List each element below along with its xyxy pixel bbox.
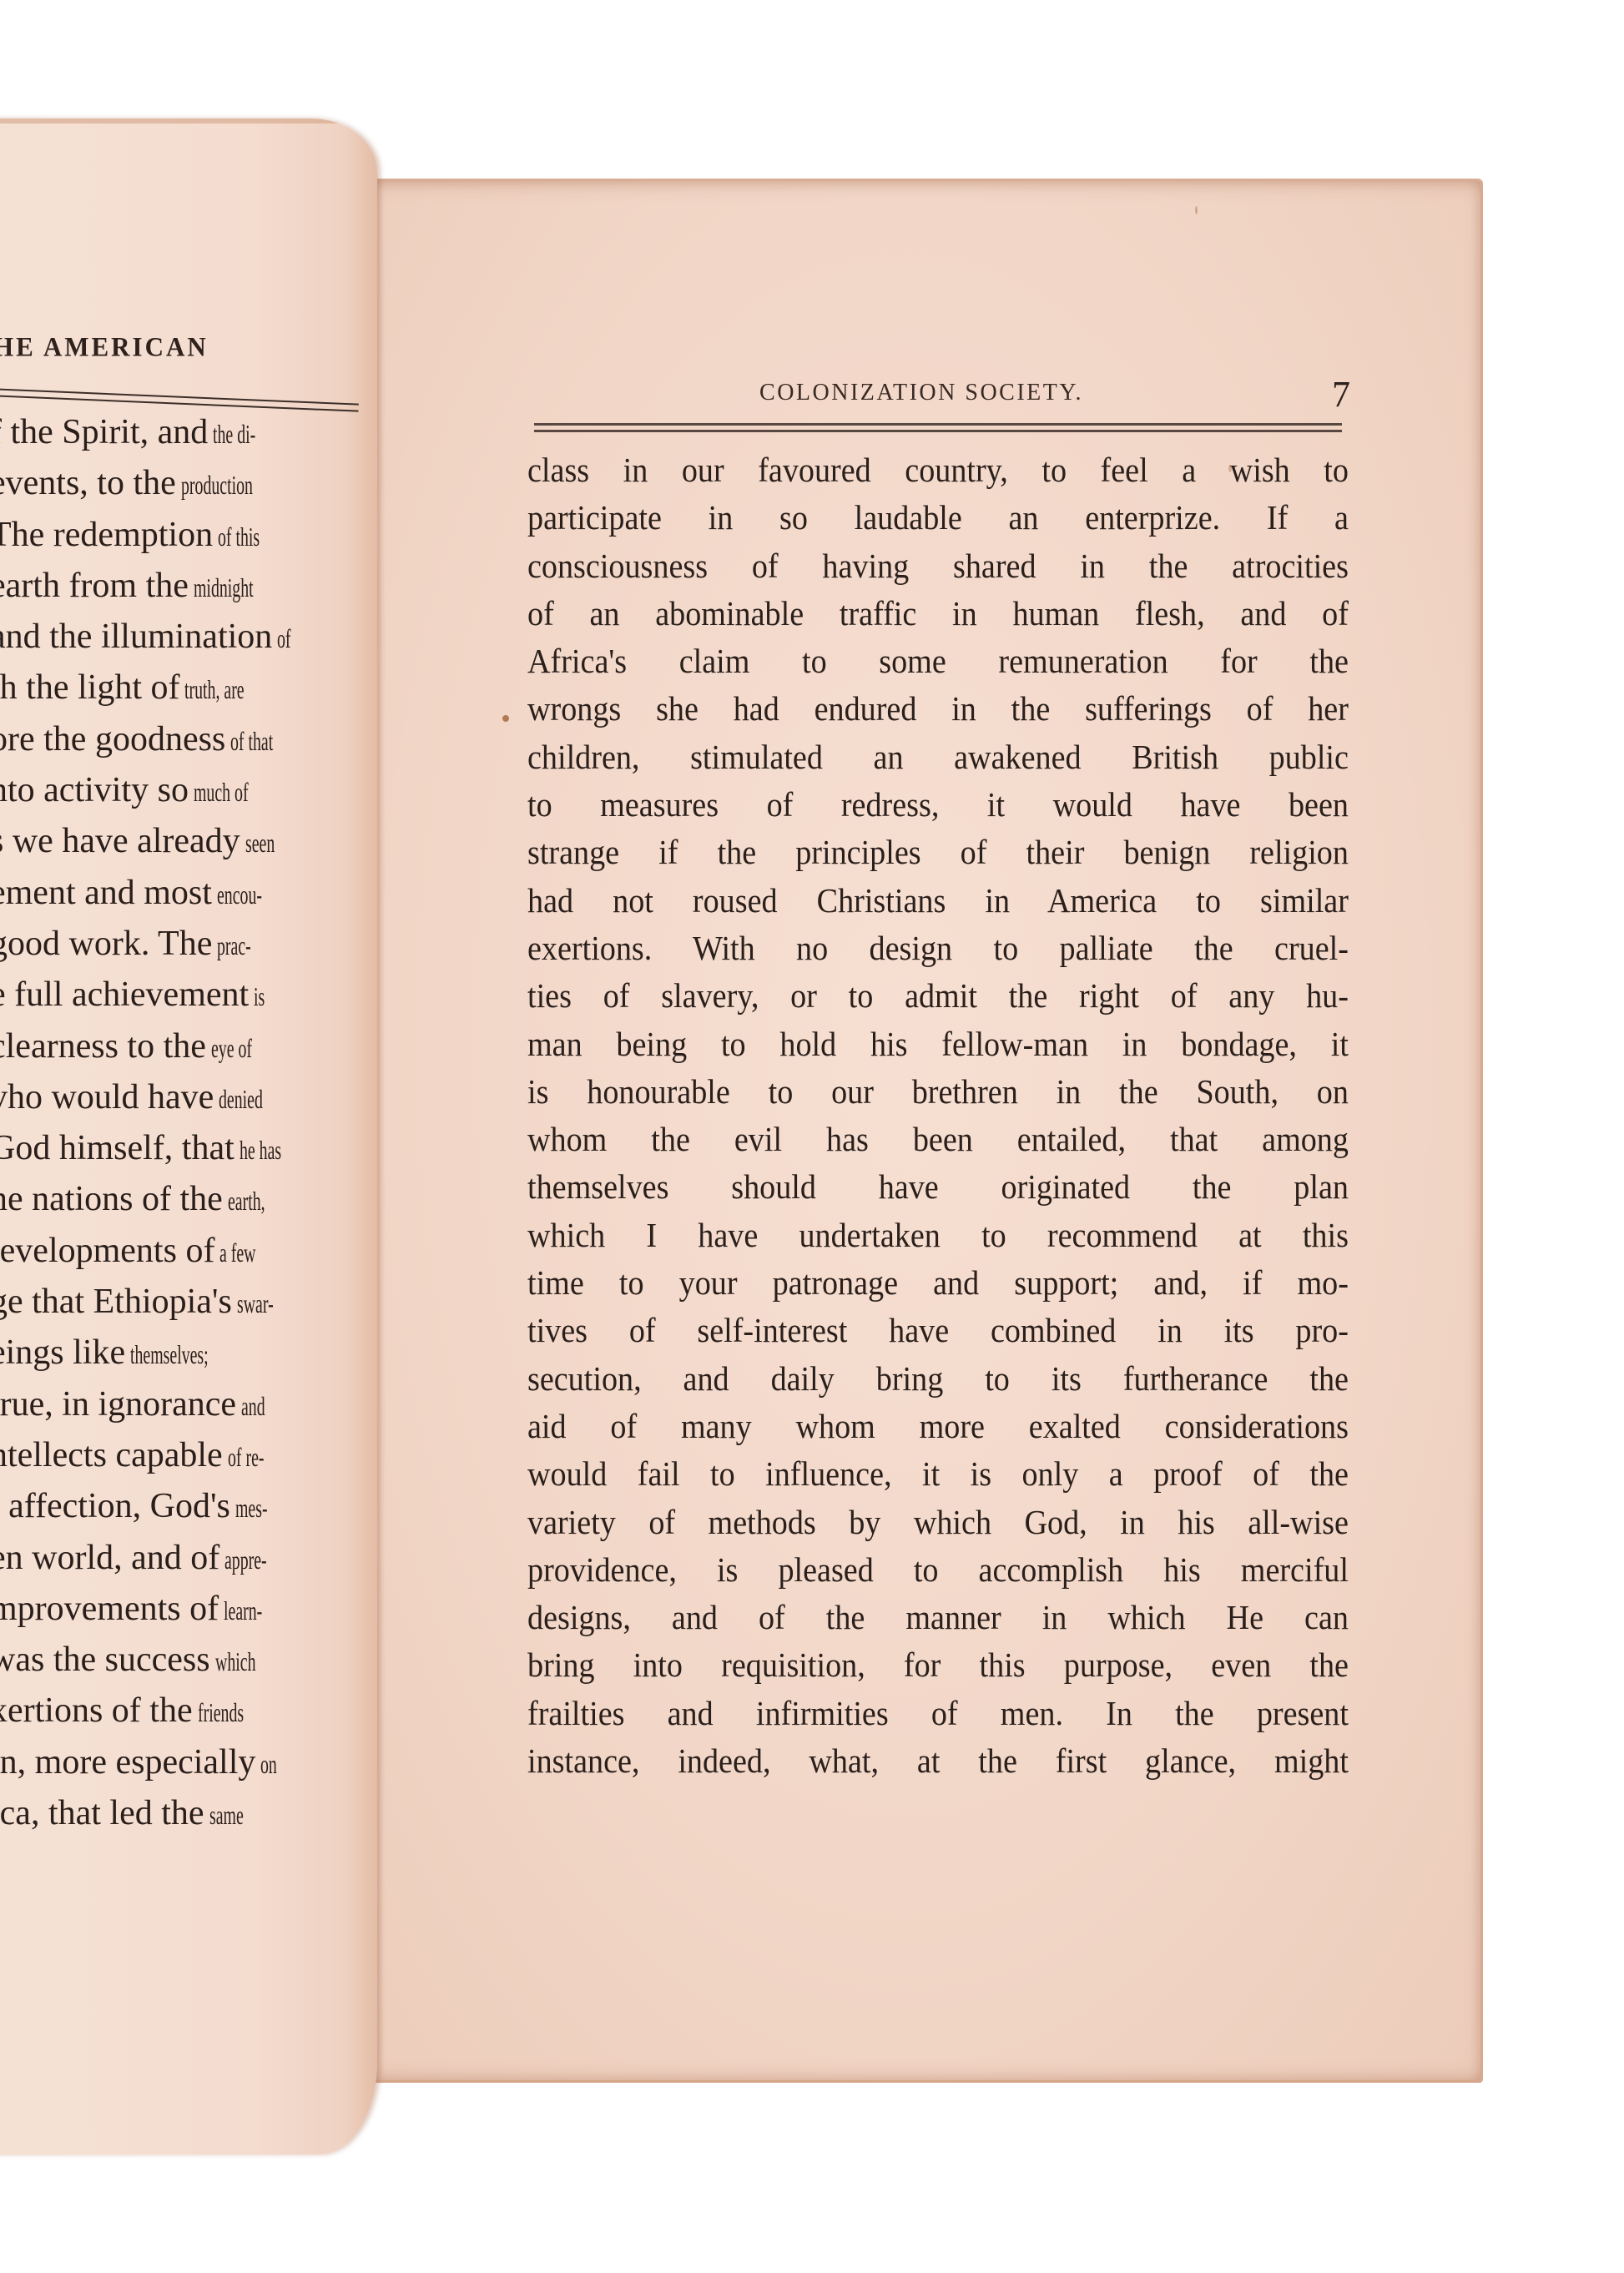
text-line: is honourable to our brethren in the Sou… [527, 1068, 1349, 1116]
page-number: 7 [1332, 373, 1350, 416]
text-line: consciousness of having shared in the at… [527, 542, 1349, 590]
text-line: in, more especiallyon [0, 1737, 357, 1788]
text-line: which I have undertaken to recommend at … [527, 1212, 1349, 1259]
text-line: xertions of thefriends [0, 1686, 357, 1736]
foxing-spot [502, 715, 509, 722]
text-line: class in our favoured country, to feel a… [527, 446, 1349, 494]
left-page: HE AMERICAN f the Spirit, andthe di- eve… [0, 118, 377, 2155]
text-line: of an abominable traffic in human flesh,… [527, 590, 1349, 638]
text-line: th the light oftruth, are [0, 663, 357, 713]
header-double-rule [534, 423, 1342, 432]
text-line: aid of many whom more exalted considerat… [527, 1403, 1349, 1450]
text-line: and the illuminationof [0, 612, 357, 663]
text-line: mprovements oflearn- [0, 1584, 357, 1635]
text-line: frailties and infirmities of men. In the… [527, 1690, 1349, 1737]
text-line: wrongs she had endured in the sufferings… [527, 685, 1349, 733]
text-line: ntellects capableof re- [0, 1430, 357, 1481]
left-running-head: HE AMERICAN [0, 331, 209, 363]
text-line: to measures of redress, it would have be… [527, 781, 1349, 829]
text-line: whom the evil has been entailed, that am… [527, 1116, 1349, 1163]
text-line: vho would havedenied [0, 1072, 357, 1123]
text-line: ore the goodnessof that [0, 714, 357, 765]
right-page-body: class in our favoured country, to feel a… [527, 446, 1349, 1785]
text-line: exertions. With no design to palliate th… [527, 925, 1349, 972]
text-line: God himself, thathe has [0, 1123, 357, 1174]
foxing-spot [1228, 465, 1232, 472]
text-line: secution, and daily bring to its further… [527, 1355, 1349, 1403]
text-line: had not roused Christians in America to … [527, 877, 1349, 925]
text-line: man being to hold his fellow-man in bond… [527, 1021, 1349, 1068]
text-line: events, to theproduction [0, 458, 357, 509]
text-line: time to your patronage and support; and,… [527, 1259, 1349, 1307]
text-line: participate in so laudable an enterprize… [527, 494, 1349, 542]
text-line: clearness to theeye of [0, 1021, 357, 1072]
book-spread-photo: COLONIZATION SOCIETY. 7 class in our fav… [0, 0, 1624, 2273]
right-running-head: COLONIZATION SOCIETY. 7 [534, 380, 1342, 420]
text-line: themselves should have originated the pl… [527, 1163, 1349, 1211]
text-line: providence, is pleased to accomplish his… [527, 1546, 1349, 1594]
text-line: Africa's claim to some remuneration for … [527, 638, 1349, 685]
text-line: s we have alreadyseen [0, 816, 357, 867]
text-line: tives of self-interest have combined in … [527, 1307, 1349, 1354]
text-line: strange if the principles of their benig… [527, 829, 1349, 876]
text-line: ge that Ethiopia'sswar- [0, 1277, 357, 1328]
text-line: f the Spirit, andthe di- [0, 407, 357, 458]
text-line: nto activity somuch of [0, 765, 357, 816]
right-page: COLONIZATION SOCIETY. 7 class in our fav… [327, 179, 1483, 2083]
text-line: children, stimulated an awakened British… [527, 733, 1349, 781]
text-line: bring into requisition, for this purpose… [527, 1641, 1349, 1689]
text-line: true, in ignoranceand [0, 1379, 357, 1430]
text-line: ties of slavery, or to admit the right o… [527, 972, 1349, 1020]
text-line: was the successwhich [0, 1635, 357, 1686]
text-line: e full achievementis [0, 970, 357, 1021]
running-title: COLONIZATION SOCIETY. [534, 380, 1342, 406]
text-line: ement and mostencou- [0, 868, 357, 919]
text-line: variety of methods by which God, in his … [527, 1499, 1349, 1546]
text-line: would fail to influence, it is only a pr… [527, 1450, 1349, 1498]
text-line: ne nations of theearth, [0, 1174, 357, 1225]
text-line: earth from themidnight [0, 561, 357, 612]
text-line: l affection, God'smes- [0, 1481, 357, 1532]
text-line: levelopments ofa few [0, 1226, 357, 1277]
text-line: en world, and ofappre- [0, 1533, 357, 1584]
text-line: designs, and of the manner in which He c… [527, 1594, 1349, 1641]
left-page-body: f the Spirit, andthe di- events, to thep… [0, 407, 357, 1839]
foxing-spot [1195, 206, 1198, 214]
text-line: instance, indeed, what, at the first gla… [527, 1737, 1349, 1785]
text-line: ica, that led thesame [0, 1788, 357, 1839]
text-line: eings likethemselves; [0, 1328, 357, 1378]
text-line: good work. Theprac- [0, 919, 357, 970]
text-line: The redemptionof this [0, 510, 357, 561]
